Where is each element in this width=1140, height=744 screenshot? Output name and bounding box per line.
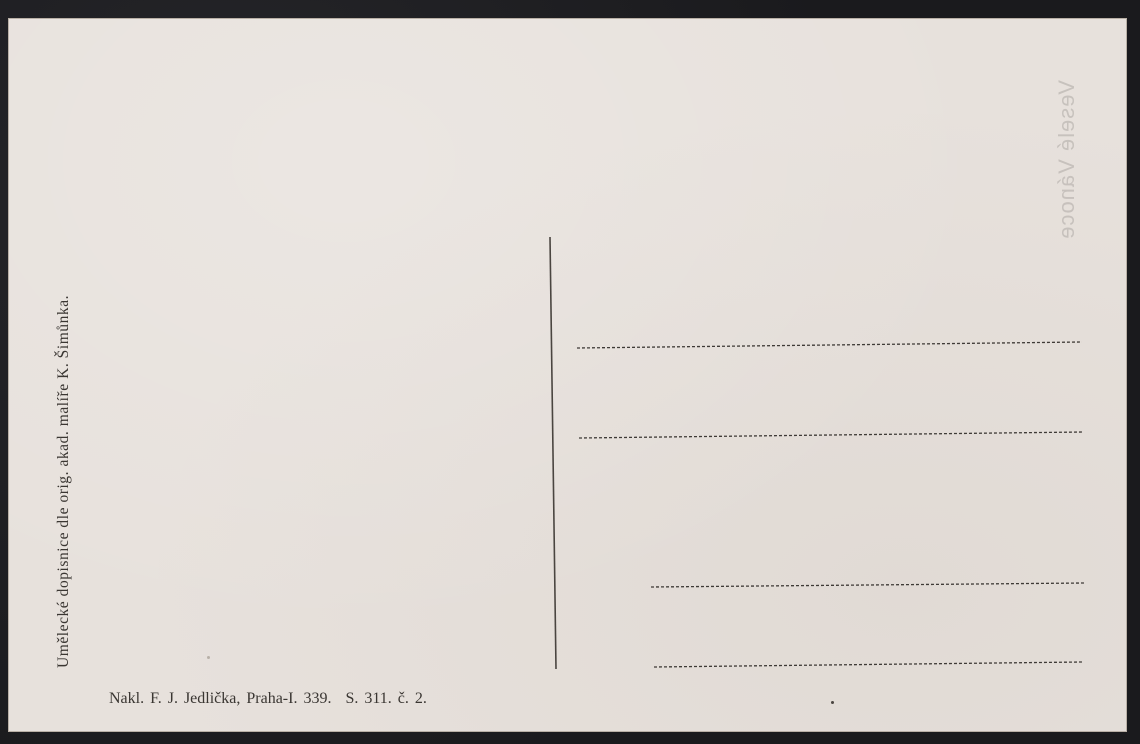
artist-credit-vertical-text: Umělecké dopisnice dle orig. akad. malíř… bbox=[55, 208, 75, 668]
show-through-greeting-text: Veselé Vánoce bbox=[1054, 80, 1078, 300]
paper-speck bbox=[831, 701, 834, 704]
series-number: S. 311. č. 2. bbox=[345, 690, 426, 707]
postcard-back bbox=[8, 18, 1127, 732]
paper-speck bbox=[207, 656, 210, 659]
publisher-imprint: Nakl. F. J. Jedlička, Praha-I. 339.S. 31… bbox=[109, 690, 427, 708]
publisher-name: Nakl. F. J. Jedlička, Praha-I. 339. bbox=[109, 690, 331, 707]
